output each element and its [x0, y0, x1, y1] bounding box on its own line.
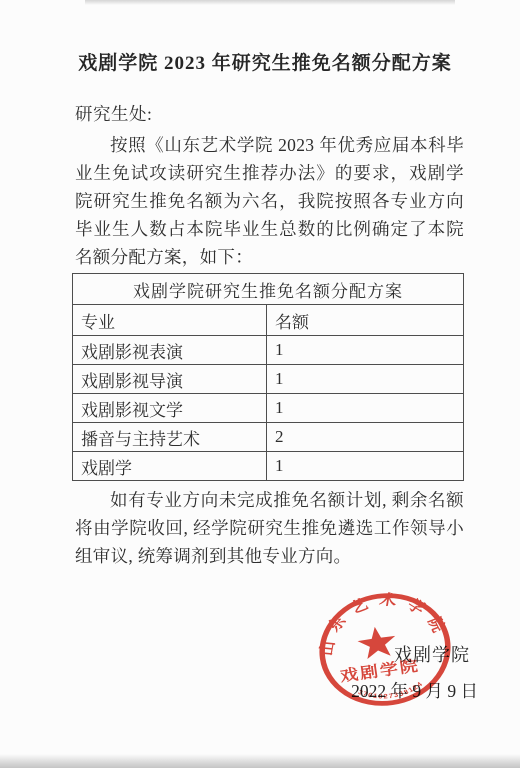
closing-paragraph: 如有专业方向未完成推免名额计划, 剩余名额将由学院收回, 经学院研究生推免遴选工…	[75, 486, 464, 570]
salutation: 研究生处:	[75, 101, 152, 126]
major-cell: 戏剧影视导演	[73, 365, 267, 394]
intro-paragraph: 按照《山东艺术学院 2023 年优秀应届本科毕业生免试攻读研究生推荐办法》的要求…	[75, 131, 464, 271]
document-title: 戏剧学院 2023 年研究生推免名额分配方案	[65, 48, 465, 75]
table-row: 戏剧影视文学 1	[73, 394, 464, 423]
scan-edge-shadow-bottom	[0, 754, 520, 768]
quota-cell: 1	[267, 365, 464, 394]
seal-center-text: 戏剧学院	[339, 656, 421, 685]
scanned-document-page: 戏剧学院 2023 年研究生推免名额分配方案 研究生处: 按照《山东艺术学院 2…	[0, 0, 520, 768]
table-header-row: 专业 名额	[73, 305, 464, 336]
official-seal: 山东艺术学院 戏剧学院 3701027338124	[306, 580, 463, 720]
col-header-quota: 名额	[267, 305, 464, 336]
quota-cell: 1	[267, 336, 464, 365]
table-caption-row: 戏剧学院研究生推免名额分配方案	[73, 274, 464, 305]
major-cell: 戏剧影视表演	[73, 336, 267, 365]
quota-cell: 1	[267, 394, 464, 423]
table-row: 戏剧学 1	[73, 452, 464, 481]
quota-cell: 2	[267, 423, 464, 452]
col-header-major: 专业	[73, 305, 267, 336]
quota-cell: 1	[267, 452, 464, 481]
table-row: 戏剧影视导演 1	[73, 365, 464, 394]
major-cell: 戏剧影视文学	[73, 394, 267, 423]
table-row: 戏剧影视表演 1	[73, 336, 464, 365]
table-row: 播音与主持艺术 2	[73, 423, 464, 452]
quota-table: 戏剧学院研究生推免名额分配方案 专业 名额 戏剧影视表演 1 戏剧影视导演 1 …	[72, 273, 464, 481]
scan-edge-shadow-top	[85, 0, 455, 5]
major-cell: 播音与主持艺术	[73, 423, 267, 452]
table-caption: 戏剧学院研究生推免名额分配方案	[73, 274, 464, 305]
major-cell: 戏剧学	[73, 452, 267, 481]
star-icon	[356, 624, 398, 660]
